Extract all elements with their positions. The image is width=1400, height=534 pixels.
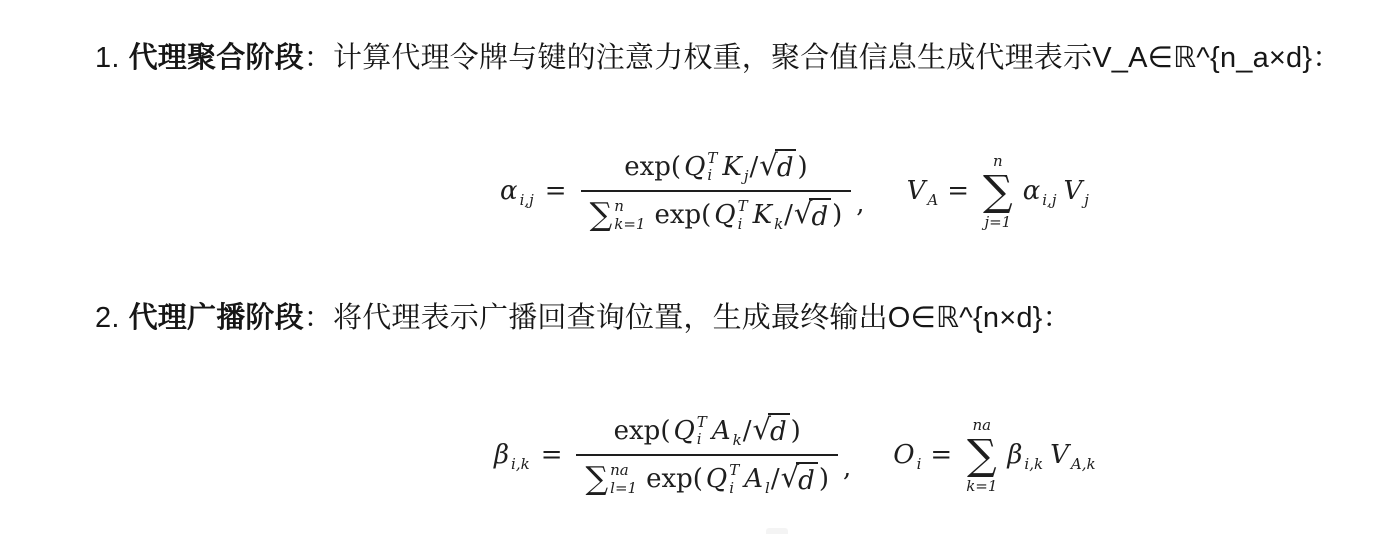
math-space xyxy=(567,191,577,192)
step-1-paragraph: 1.代理聚合阶段：计算代理令牌与键的注意力权重，聚合值信息生成代理表示V_A∈ℝ… xyxy=(95,38,1341,78)
step-2-paragraph: 2.代理广播阶段：将代理表示广播回查询位置，生成最终输出O∈ℝ^{n×d}： xyxy=(95,298,1072,338)
math-symbol: d xyxy=(811,201,828,234)
math-superscript: T xyxy=(738,198,748,215)
math-symbol: / xyxy=(750,151,759,184)
math-subscript: i xyxy=(729,480,734,497)
math-subscript: A,k xyxy=(1071,456,1096,473)
document-canvas: 1.代理聚合阶段：计算代理令牌与键的注意力权重，聚合值信息生成代理表示V_A∈ℝ… xyxy=(0,0,1400,534)
math-scripts: l xyxy=(765,480,770,497)
math-symbol: ) xyxy=(819,463,829,496)
math-subscript: k xyxy=(774,216,783,233)
math-subscript: i xyxy=(707,167,712,184)
math-space xyxy=(952,455,964,456)
math-denominator: ∑nal=1exp(QTiAl/√d) xyxy=(576,454,838,497)
math-scripts: Ti xyxy=(738,198,748,233)
math-symbol: Q xyxy=(684,151,705,184)
math-space xyxy=(535,191,545,192)
radical-sign: √ xyxy=(759,147,778,183)
math-symbol: α xyxy=(1023,175,1041,208)
math-symbol: exp( xyxy=(624,151,681,184)
math-symbol: K xyxy=(722,151,741,184)
math-symbol: ) xyxy=(797,151,807,184)
math-space xyxy=(531,455,541,456)
math-numerator: exp(QTiKj/√d) xyxy=(615,149,816,190)
math-scripts: k xyxy=(733,432,742,449)
math-symbol: d xyxy=(770,416,787,449)
math-symbol: / xyxy=(771,463,780,496)
math-symbol: , xyxy=(856,188,864,221)
math-space xyxy=(1015,191,1023,192)
math-symbol: α xyxy=(500,175,518,208)
radical-sign: √ xyxy=(752,411,771,447)
math-symbol: = xyxy=(545,175,567,208)
math-symbol: , xyxy=(843,452,851,485)
math-symbol: β xyxy=(1007,439,1022,472)
math-subscript: i,k xyxy=(511,456,530,473)
math-scripts: k xyxy=(774,216,783,233)
math-subscript: j xyxy=(1084,192,1089,209)
math-symbol: / xyxy=(743,415,752,448)
math-scripts: i,k xyxy=(1024,456,1043,473)
math-subscript: k=1 xyxy=(614,216,645,233)
math-scripts: Ti xyxy=(707,150,717,185)
math-subscript: A xyxy=(927,192,938,209)
math-superscript: T xyxy=(729,462,739,479)
math-space xyxy=(865,191,907,192)
math-subscript: l xyxy=(765,480,770,497)
step-1-number: 1. xyxy=(95,42,120,74)
math-scripts: nal=1 xyxy=(610,462,637,497)
math-symbol: Q xyxy=(714,199,735,232)
radical-sign: √ xyxy=(781,459,800,495)
math-symbol: O xyxy=(893,439,914,472)
math-space xyxy=(646,215,654,216)
math-scripts: Ti xyxy=(697,414,707,449)
math-superscript: T xyxy=(697,414,707,431)
math-symbol: exp( xyxy=(646,463,703,496)
math-symbol: β xyxy=(494,439,509,472)
math-subscript: j xyxy=(744,168,749,185)
math-space xyxy=(562,455,572,456)
math-symbol: d xyxy=(777,152,794,185)
sum-operator: ∑ xyxy=(983,172,1013,210)
formula-agent-aggregation: αi,j=exp(QTiKj/√d)∑nk=1exp(QTiKk/√d),VA=… xyxy=(500,149,1090,234)
math-subscript: i,j xyxy=(1042,192,1056,209)
math-scripts: A xyxy=(927,192,938,209)
step-1-heading-colon: ： xyxy=(304,42,333,74)
math-symbol: V xyxy=(907,175,926,208)
sum-lower-limit: k=1 xyxy=(966,475,997,497)
math-symbol: A xyxy=(744,463,763,496)
math-symbol: / xyxy=(784,199,793,232)
math-subscript: i xyxy=(697,431,702,448)
step-1-body: 计算代理令牌与键的注意力权重，聚合值信息生成代理表示V_A∈ℝ^{n_a×d}： xyxy=(333,42,1341,74)
math-space xyxy=(851,455,893,456)
math-scripts: i xyxy=(917,456,922,473)
step-2-heading: 代理广播阶段 xyxy=(129,302,304,334)
math-sqrt: √d xyxy=(759,149,796,185)
math-denominator: ∑nk=1exp(QTiKk/√d) xyxy=(581,190,852,233)
math-scripts: Ti xyxy=(729,462,739,497)
math-space xyxy=(969,191,981,192)
sum-lower-limit: j=1 xyxy=(984,211,1011,233)
math-subscript: i xyxy=(917,456,922,473)
math-symbol: ) xyxy=(791,415,801,448)
math-scripts: nk=1 xyxy=(614,198,645,233)
bottom-partial-element xyxy=(766,528,788,534)
math-subscript: k xyxy=(733,432,742,449)
math-fraction: exp(QTiKj/√d)∑nk=1exp(QTiKk/√d) xyxy=(581,149,852,234)
math-superscript: na xyxy=(610,462,629,479)
radical-sign: √ xyxy=(794,195,813,231)
step-2-number: 2. xyxy=(95,302,120,334)
sum-operator: ∑ xyxy=(967,436,997,474)
math-scripts: j xyxy=(1084,192,1089,209)
math-numerator: exp(QTiAk/√d) xyxy=(605,413,810,454)
math-scripts: j xyxy=(744,168,749,185)
math-symbol: V xyxy=(1050,439,1069,472)
math-space xyxy=(939,191,947,192)
step-2-heading-colon: ： xyxy=(304,302,333,334)
math-symbol: exp( xyxy=(654,199,711,232)
math-subscript: i xyxy=(738,216,743,233)
math-big-sum: n∑j=1 xyxy=(983,150,1013,232)
math-scripts: i,k xyxy=(511,456,530,473)
math-subscript: l=1 xyxy=(610,480,637,497)
math-symbol: Q xyxy=(673,415,694,448)
math-symbol: ∑ xyxy=(585,464,608,496)
step-1-heading: 代理聚合阶段 xyxy=(129,42,304,74)
math-superscript: n xyxy=(614,198,624,215)
math-fraction: exp(QTiAk/√d)∑nal=1exp(QTiAl/√d) xyxy=(576,413,838,498)
formula-agent-broadcast: βi,k=exp(QTiAk/√d)∑nal=1exp(QTiAl/√d),Oi… xyxy=(494,413,1097,498)
step-2-body: 将代理表示广播回查询位置，生成最终输出O∈ℝ^{n×d}： xyxy=(333,302,1072,334)
math-symbol: = xyxy=(947,175,969,208)
math-symbol: = xyxy=(930,439,952,472)
math-symbol: K xyxy=(753,199,772,232)
math-symbol: ) xyxy=(832,199,842,232)
math-superscript: T xyxy=(707,150,717,167)
math-sqrt: √d xyxy=(752,413,789,449)
math-symbol: = xyxy=(541,439,563,472)
math-scripts: A,k xyxy=(1071,456,1096,473)
math-space xyxy=(922,455,930,456)
math-symbol: exp( xyxy=(614,415,671,448)
math-space xyxy=(638,479,646,480)
math-symbol: V xyxy=(1063,175,1082,208)
math-symbol: d xyxy=(798,465,815,498)
math-symbol: A xyxy=(712,415,731,448)
math-subscript: i,j xyxy=(520,192,534,209)
math-symbol: Q xyxy=(706,463,727,496)
math-scripts: i,j xyxy=(1042,192,1056,209)
math-big-sum: na∑k=1 xyxy=(966,414,997,496)
math-scripts: i,j xyxy=(520,192,534,209)
math-sqrt: √d xyxy=(781,461,818,497)
math-symbol: ∑ xyxy=(590,200,613,232)
math-subscript: i,k xyxy=(1024,456,1043,473)
math-sqrt: √d xyxy=(794,197,831,233)
